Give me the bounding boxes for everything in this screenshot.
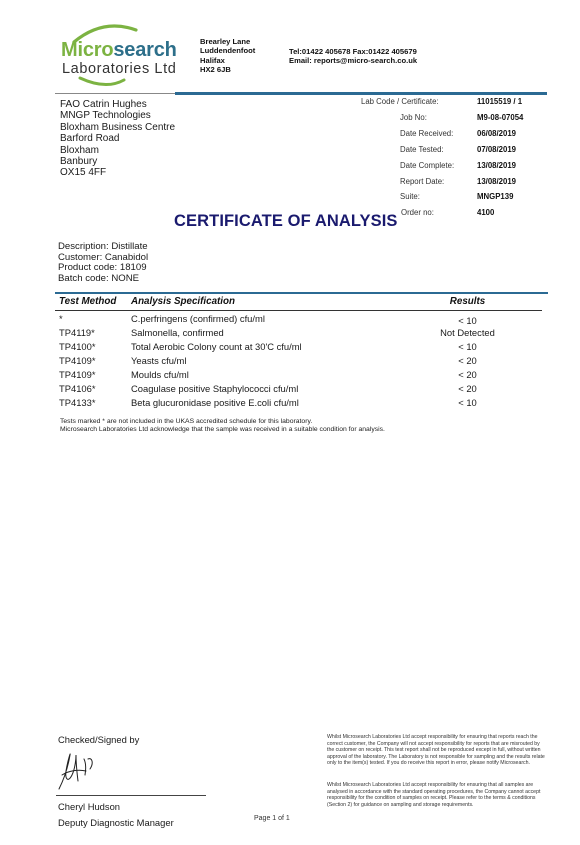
phone-fax: Tel:01422 405678 Fax:01422 405679 bbox=[289, 47, 417, 56]
table-row: TP4119* Salmonella, confirmed Not Detect… bbox=[0, 327, 580, 341]
recipient-line: Barford Road bbox=[60, 133, 175, 144]
document-title: CERTIFICATE OF ANALYSIS bbox=[174, 212, 398, 231]
logo-tagline: Laboratories Ltd bbox=[62, 61, 176, 77]
table-header-divider bbox=[55, 310, 542, 311]
address-line: Halifax bbox=[200, 56, 255, 65]
result-value: < 10 bbox=[390, 397, 545, 408]
test-method: TP4133* bbox=[59, 397, 95, 408]
email: Email: reports@micro-search.co.uk bbox=[289, 56, 417, 65]
result-value: < 20 bbox=[390, 369, 545, 380]
lab-detail-label: Date Tested: bbox=[400, 145, 444, 154]
address-line: HX2 6JB bbox=[200, 65, 255, 74]
page-number: Page 1 of 1 bbox=[254, 815, 290, 822]
disclaimer-reports: Whilst Microsearch Laboratories Ltd acce… bbox=[327, 734, 547, 767]
checked-signed-label: Checked/Signed by bbox=[58, 734, 139, 745]
analysis-spec: Total Aerobic Colony count at 30'C cfu/m… bbox=[131, 341, 302, 352]
recipient-line: FAO Catrin Hughes bbox=[60, 99, 175, 110]
signature-icon bbox=[56, 749, 106, 793]
result-value: < 10 bbox=[390, 315, 545, 326]
address-line: Luddendenfoot bbox=[200, 46, 255, 55]
header-test-method: Test Method bbox=[59, 296, 116, 307]
recipient-address: FAO Catrin Hughes MNGP Technologies Blox… bbox=[60, 99, 175, 179]
disclaimer-samples: Whilst Microsearch Laboratories Ltd acce… bbox=[327, 782, 547, 808]
analysis-spec: Beta glucuronidase positive E.coli cfu/m… bbox=[131, 397, 299, 408]
table-top-divider bbox=[55, 292, 548, 294]
lab-detail-label: Suite: bbox=[400, 192, 420, 201]
analysis-spec: Moulds cfu/ml bbox=[131, 369, 189, 380]
lab-detail-value: 13/08/2019 bbox=[477, 177, 516, 186]
result-value: Not Detected bbox=[390, 327, 545, 338]
lab-detail-value: MNGP139 bbox=[477, 192, 513, 201]
signer-role: Deputy Diagnostic Manager bbox=[58, 815, 174, 831]
test-method: TP4106* bbox=[59, 383, 95, 394]
header-results: Results bbox=[390, 296, 545, 307]
logo-word-search: search bbox=[113, 39, 176, 61]
test-method: TP4109* bbox=[59, 355, 95, 366]
recipient-line: MNGP Technologies bbox=[60, 110, 175, 121]
notes: Tests marked * are not included in the U… bbox=[60, 418, 385, 435]
logo-wordmark: Microsearch bbox=[61, 39, 177, 62]
table-row: TP4100* Total Aerobic Colony count at 30… bbox=[0, 341, 580, 355]
lab-detail-value: 11015519 / 1 bbox=[477, 97, 522, 106]
table-row: TP4133* Beta glucuronidase positive E.co… bbox=[0, 397, 580, 411]
test-method: TP4119* bbox=[59, 327, 95, 338]
result-value: < 20 bbox=[390, 383, 545, 394]
company-logo: Microsearch Laboratories Ltd bbox=[58, 22, 183, 88]
lab-detail-value: 13/08/2019 bbox=[477, 161, 516, 170]
result-value: < 20 bbox=[390, 355, 545, 366]
table-row: * C.perfringens (confirmed) cfu/ml < 10 bbox=[0, 313, 580, 327]
description-line: Description: Distillate bbox=[58, 242, 148, 253]
recipient-line: Bloxham bbox=[60, 145, 175, 156]
ukas-note: Tests marked * are not included in the U… bbox=[60, 418, 385, 426]
lab-contact: Tel:01422 405678 Fax:01422 405679 Email:… bbox=[289, 47, 417, 66]
lab-address: Brearley Lane Luddendenfoot Halifax HX2 … bbox=[200, 37, 255, 75]
lab-detail-value: 07/08/2019 bbox=[477, 145, 516, 154]
header-analysis-spec: Analysis Specification bbox=[131, 296, 235, 307]
lab-detail-value: 06/08/2019 bbox=[477, 129, 516, 138]
logo-word-micro: Micro bbox=[61, 39, 113, 61]
analysis-spec: Yeasts cfu/ml bbox=[131, 355, 186, 366]
batch-code-line: Batch code: NONE bbox=[58, 274, 148, 285]
lab-detail-value: 4100 bbox=[477, 208, 494, 217]
header-divider bbox=[175, 92, 547, 95]
sample-description: Description: Distillate Customer: Canabi… bbox=[58, 242, 148, 284]
analysis-spec: Salmonella, confirmed bbox=[131, 327, 224, 338]
test-method: * bbox=[59, 313, 63, 324]
address-line: Brearley Lane bbox=[200, 37, 255, 46]
sample-condition-note: Microsearch Laboratories Ltd acknowledge… bbox=[60, 426, 385, 434]
lab-detail-label: Date Complete: bbox=[400, 161, 454, 170]
analysis-spec: Coagulase positive Staphylococci cfu/ml bbox=[131, 383, 298, 394]
result-value: < 10 bbox=[390, 341, 545, 352]
table-row: TP4109* Yeasts cfu/ml < 20 bbox=[0, 355, 580, 369]
signature-line bbox=[56, 795, 206, 796]
lab-detail-label: Date Received: bbox=[400, 129, 453, 138]
analysis-spec: C.perfringens (confirmed) cfu/ml bbox=[131, 313, 265, 324]
lab-detail-label: Lab Code / Certificate: bbox=[361, 97, 439, 106]
recipient-line: Banbury bbox=[60, 156, 175, 167]
signer: Cheryl Hudson Deputy Diagnostic Manager bbox=[58, 799, 174, 831]
test-method: TP4109* bbox=[59, 369, 95, 380]
header-divider-left bbox=[55, 93, 175, 94]
lab-detail-label: Report Date: bbox=[400, 177, 444, 186]
lab-detail-value: M9-08-07054 bbox=[477, 113, 523, 122]
table-row: TP4109* Moulds cfu/ml < 20 bbox=[0, 369, 580, 383]
lab-detail-label: Job No: bbox=[400, 113, 427, 122]
recipient-line: OX15 4FF bbox=[60, 167, 175, 178]
test-method: TP4100* bbox=[59, 341, 95, 352]
signer-name: Cheryl Hudson bbox=[58, 799, 174, 815]
recipient-line: Bloxham Business Centre bbox=[60, 122, 175, 133]
lab-detail-label: Order no: bbox=[401, 208, 434, 217]
table-row: TP4106* Coagulase positive Staphylococci… bbox=[0, 383, 580, 397]
